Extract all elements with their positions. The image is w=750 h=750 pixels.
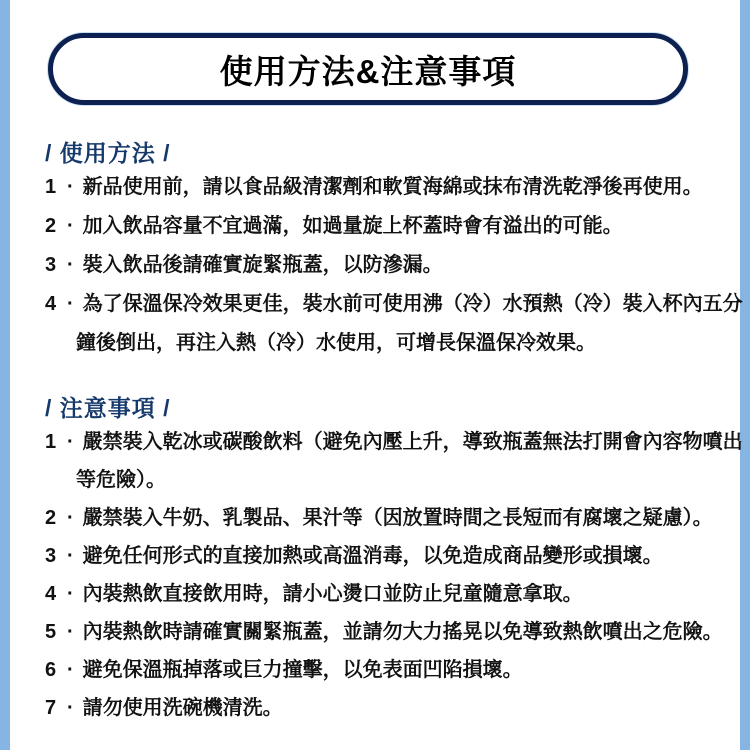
section-heading-precautions: / 注意事項 / [45,393,710,423]
item-line: 2·加入飲品容量不宜過滿，如過量旋上杯蓋時會有溢出的可能。 [45,207,710,246]
item-separator: · [67,246,74,285]
item-line: 2·嚴禁裝入牛奶、乳製品、果汁等（因放置時間之長短而有腐壞之疑慮）。 [45,499,710,537]
list-item: 2·嚴禁裝入牛奶、乳製品、果汁等（因放置時間之長短而有腐壞之疑慮）。 [45,499,710,537]
item-line: 4·為了保溫保冷效果更佳，裝水前可使用沸（冷）水預熱（冷）裝入杯內五分 [45,285,710,324]
item-number: 1 [45,168,58,207]
item-text: 內裝熱飲時請確實關緊瓶蓋，並請勿大力搖晃以免導致熱飲噴出之危險。 [83,621,723,643]
item-separator: · [67,207,74,246]
item-line: 3·避免任何形式的直接加熱或高溫消毒，以免造成商品變形或損壞。 [45,537,710,575]
item-text: 避免保溫瓶掉落或巨力撞擊，以免表面凹陷損壞。 [83,659,523,681]
item-separator: · [67,651,74,689]
item-line: 4·內裝熱飲直接飲用時，請小心燙口並防止兒童隨意拿取。 [45,575,710,613]
item-number: 2 [45,499,58,537]
item-line-continued: 鐘後倒出，再注入熱（冷）水使用，可增長保溫保冷效果。 [45,324,710,363]
list-item: 1·新品使用前，請以食品級清潔劑和軟質海綿或抹布清洗乾淨後再使用。 [45,168,710,207]
page-title-pill: 使用方法&注意事項 [48,33,688,105]
item-number: 4 [45,575,58,613]
right-accent-bar [740,0,750,750]
item-number: 4 [45,285,58,324]
item-separator: · [67,689,74,727]
item-text: 避免任何形式的直接加熱或高溫消毒，以免造成商品變形或損壞。 [83,545,663,567]
item-separator: · [67,285,74,324]
item-text: 裝入飲品後請確實旋緊瓶蓋，以防滲漏。 [83,254,443,276]
list-item: 2·加入飲品容量不宜過滿，如過量旋上杯蓋時會有溢出的可能。 [45,207,710,246]
item-number: 3 [45,246,58,285]
list-item: 4·為了保溫保冷效果更佳，裝水前可使用沸（冷）水預熱（冷）裝入杯內五分鐘後倒出，… [45,285,710,363]
item-number: 5 [45,613,58,651]
section-usage-instructions: / 使用方法 / 1·新品使用前，請以食品級清潔劑和軟質海綿或抹布清洗乾淨後再使… [45,138,710,363]
item-separator: · [67,168,74,207]
instruction-content: / 使用方法 / 1·新品使用前，請以食品級清潔劑和軟質海綿或抹布清洗乾淨後再使… [45,130,710,727]
item-separator: · [67,613,74,651]
item-number: 6 [45,651,58,689]
list-item: 3·避免任何形式的直接加熱或高溫消毒，以免造成商品變形或損壞。 [45,537,710,575]
item-separator: · [67,499,74,537]
item-separator: · [67,423,74,461]
item-number: 3 [45,537,58,575]
item-separator: · [67,575,74,613]
item-text: 新品使用前，請以食品級清潔劑和軟質海綿或抹布清洗乾淨後再使用。 [83,176,703,198]
precaution-item-list: 1·嚴禁裝入乾冰或碳酸飲料（避免內壓上升，導致瓶蓋無法打開會內容物噴出等危險）。… [45,423,710,727]
item-line: 5·內裝熱飲時請確實關緊瓶蓋，並請勿大力搖晃以免導致熱飲噴出之危險。 [45,613,710,651]
item-text: 為了保溫保冷效果更佳，裝水前可使用沸（冷）水預熱（冷）裝入杯內五分 [83,293,743,315]
list-item: 7·請勿使用洗碗機清洗。 [45,689,710,727]
list-item: 3·裝入飲品後請確實旋緊瓶蓋，以防滲漏。 [45,246,710,285]
page-title: 使用方法&注意事項 [220,46,517,93]
item-number: 2 [45,207,58,246]
item-line: 7·請勿使用洗碗機清洗。 [45,689,710,727]
item-line: 1·嚴禁裝入乾冰或碳酸飲料（避免內壓上升，導致瓶蓋無法打開會內容物噴出 [45,423,710,461]
item-line-continued: 等危險）。 [45,461,710,499]
item-line: 1·新品使用前，請以食品級清潔劑和軟質海綿或抹布清洗乾淨後再使用。 [45,168,710,207]
section-heading-usage: / 使用方法 / [45,138,710,168]
item-text: 內裝熱飲直接飲用時，請小心燙口並防止兒童隨意拿取。 [83,583,583,605]
item-text: 請勿使用洗碗機清洗。 [83,697,283,719]
list-item: 1·嚴禁裝入乾冰或碳酸飲料（避免內壓上升，導致瓶蓋無法打開會內容物噴出等危險）。 [45,423,710,499]
list-item: 4·內裝熱飲直接飲用時，請小心燙口並防止兒童隨意拿取。 [45,575,710,613]
item-separator: · [67,537,74,575]
list-item: 6·避免保溫瓶掉落或巨力撞擊，以免表面凹陷損壞。 [45,651,710,689]
usage-item-list: 1·新品使用前，請以食品級清潔劑和軟質海綿或抹布清洗乾淨後再使用。2·加入飲品容… [45,168,710,363]
item-text: 加入飲品容量不宜過滿，如過量旋上杯蓋時會有溢出的可能。 [83,215,623,237]
item-line: 6·避免保溫瓶掉落或巨力撞擊，以免表面凹陷損壞。 [45,651,710,689]
item-text: 嚴禁裝入乾冰或碳酸飲料（避免內壓上升，導致瓶蓋無法打開會內容物噴出 [83,431,743,453]
item-number: 7 [45,689,58,727]
list-item: 5·內裝熱飲時請確實關緊瓶蓋，並請勿大力搖晃以免導致熱飲噴出之危險。 [45,613,710,651]
item-line: 3·裝入飲品後請確實旋緊瓶蓋，以防滲漏。 [45,246,710,285]
item-number: 1 [45,423,58,461]
item-text: 嚴禁裝入牛奶、乳製品、果汁等（因放置時間之長短而有腐壞之疑慮）。 [83,507,713,529]
section-precautions: / 注意事項 / 1·嚴禁裝入乾冰或碳酸飲料（避免內壓上升，導致瓶蓋無法打開會內… [45,393,710,727]
left-accent-bar [0,0,10,750]
